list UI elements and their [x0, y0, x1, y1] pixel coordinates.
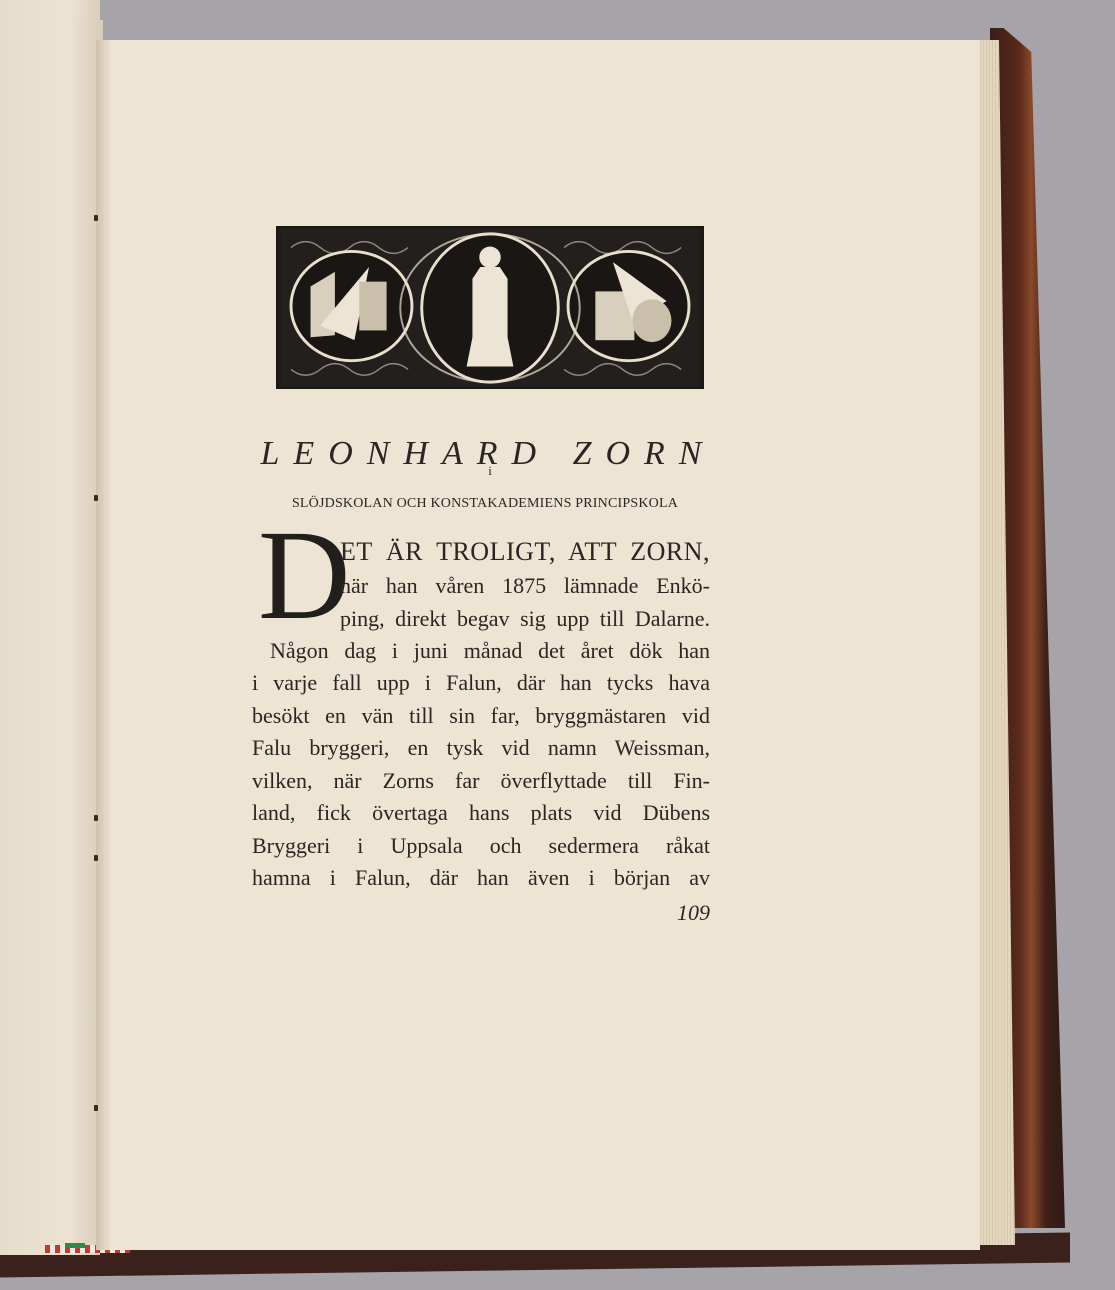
body-line: ET ÄR TROLIGT, ATT ZORN,: [340, 538, 710, 566]
gutter: [96, 40, 110, 1250]
binding-stitch: [94, 1105, 98, 1111]
body-line: i varje fall upp i Falun, där han tycks …: [252, 669, 710, 697]
binding-stitch: [94, 855, 98, 861]
title-connector: i: [480, 463, 500, 479]
body-line: ping, direkt begav sig upp till Dalarne.: [340, 605, 710, 633]
drop-cap: D: [258, 520, 350, 630]
body-line: när han våren 1875 lämnade Enkö-: [340, 572, 710, 600]
body-line: Någon dag i juni månad det året dök han: [270, 637, 710, 665]
body-line: hamna i Falun, där han även i början av: [252, 864, 710, 892]
body-line: land, fick övertaga hans plats vid Düben…: [252, 799, 710, 827]
page-number: 109: [650, 900, 710, 926]
body-line: besökt en vän till sin far, bryggmästare…: [252, 702, 710, 730]
headpiece-engraving: [276, 226, 704, 389]
body-line: vilken, när Zorns far överflyttade till …: [252, 767, 710, 795]
binding-stitch: [94, 495, 98, 501]
body-line: Falu bryggeri, en tysk vid namn Weissman…: [252, 734, 710, 762]
headband-accent: [65, 1243, 85, 1248]
binding-stitch: [94, 815, 98, 821]
body-line: Bryggeri i Uppsala och sedermera råkat: [252, 832, 710, 860]
binding-stitch: [94, 215, 98, 221]
venus-vignette-icon: [278, 228, 702, 387]
